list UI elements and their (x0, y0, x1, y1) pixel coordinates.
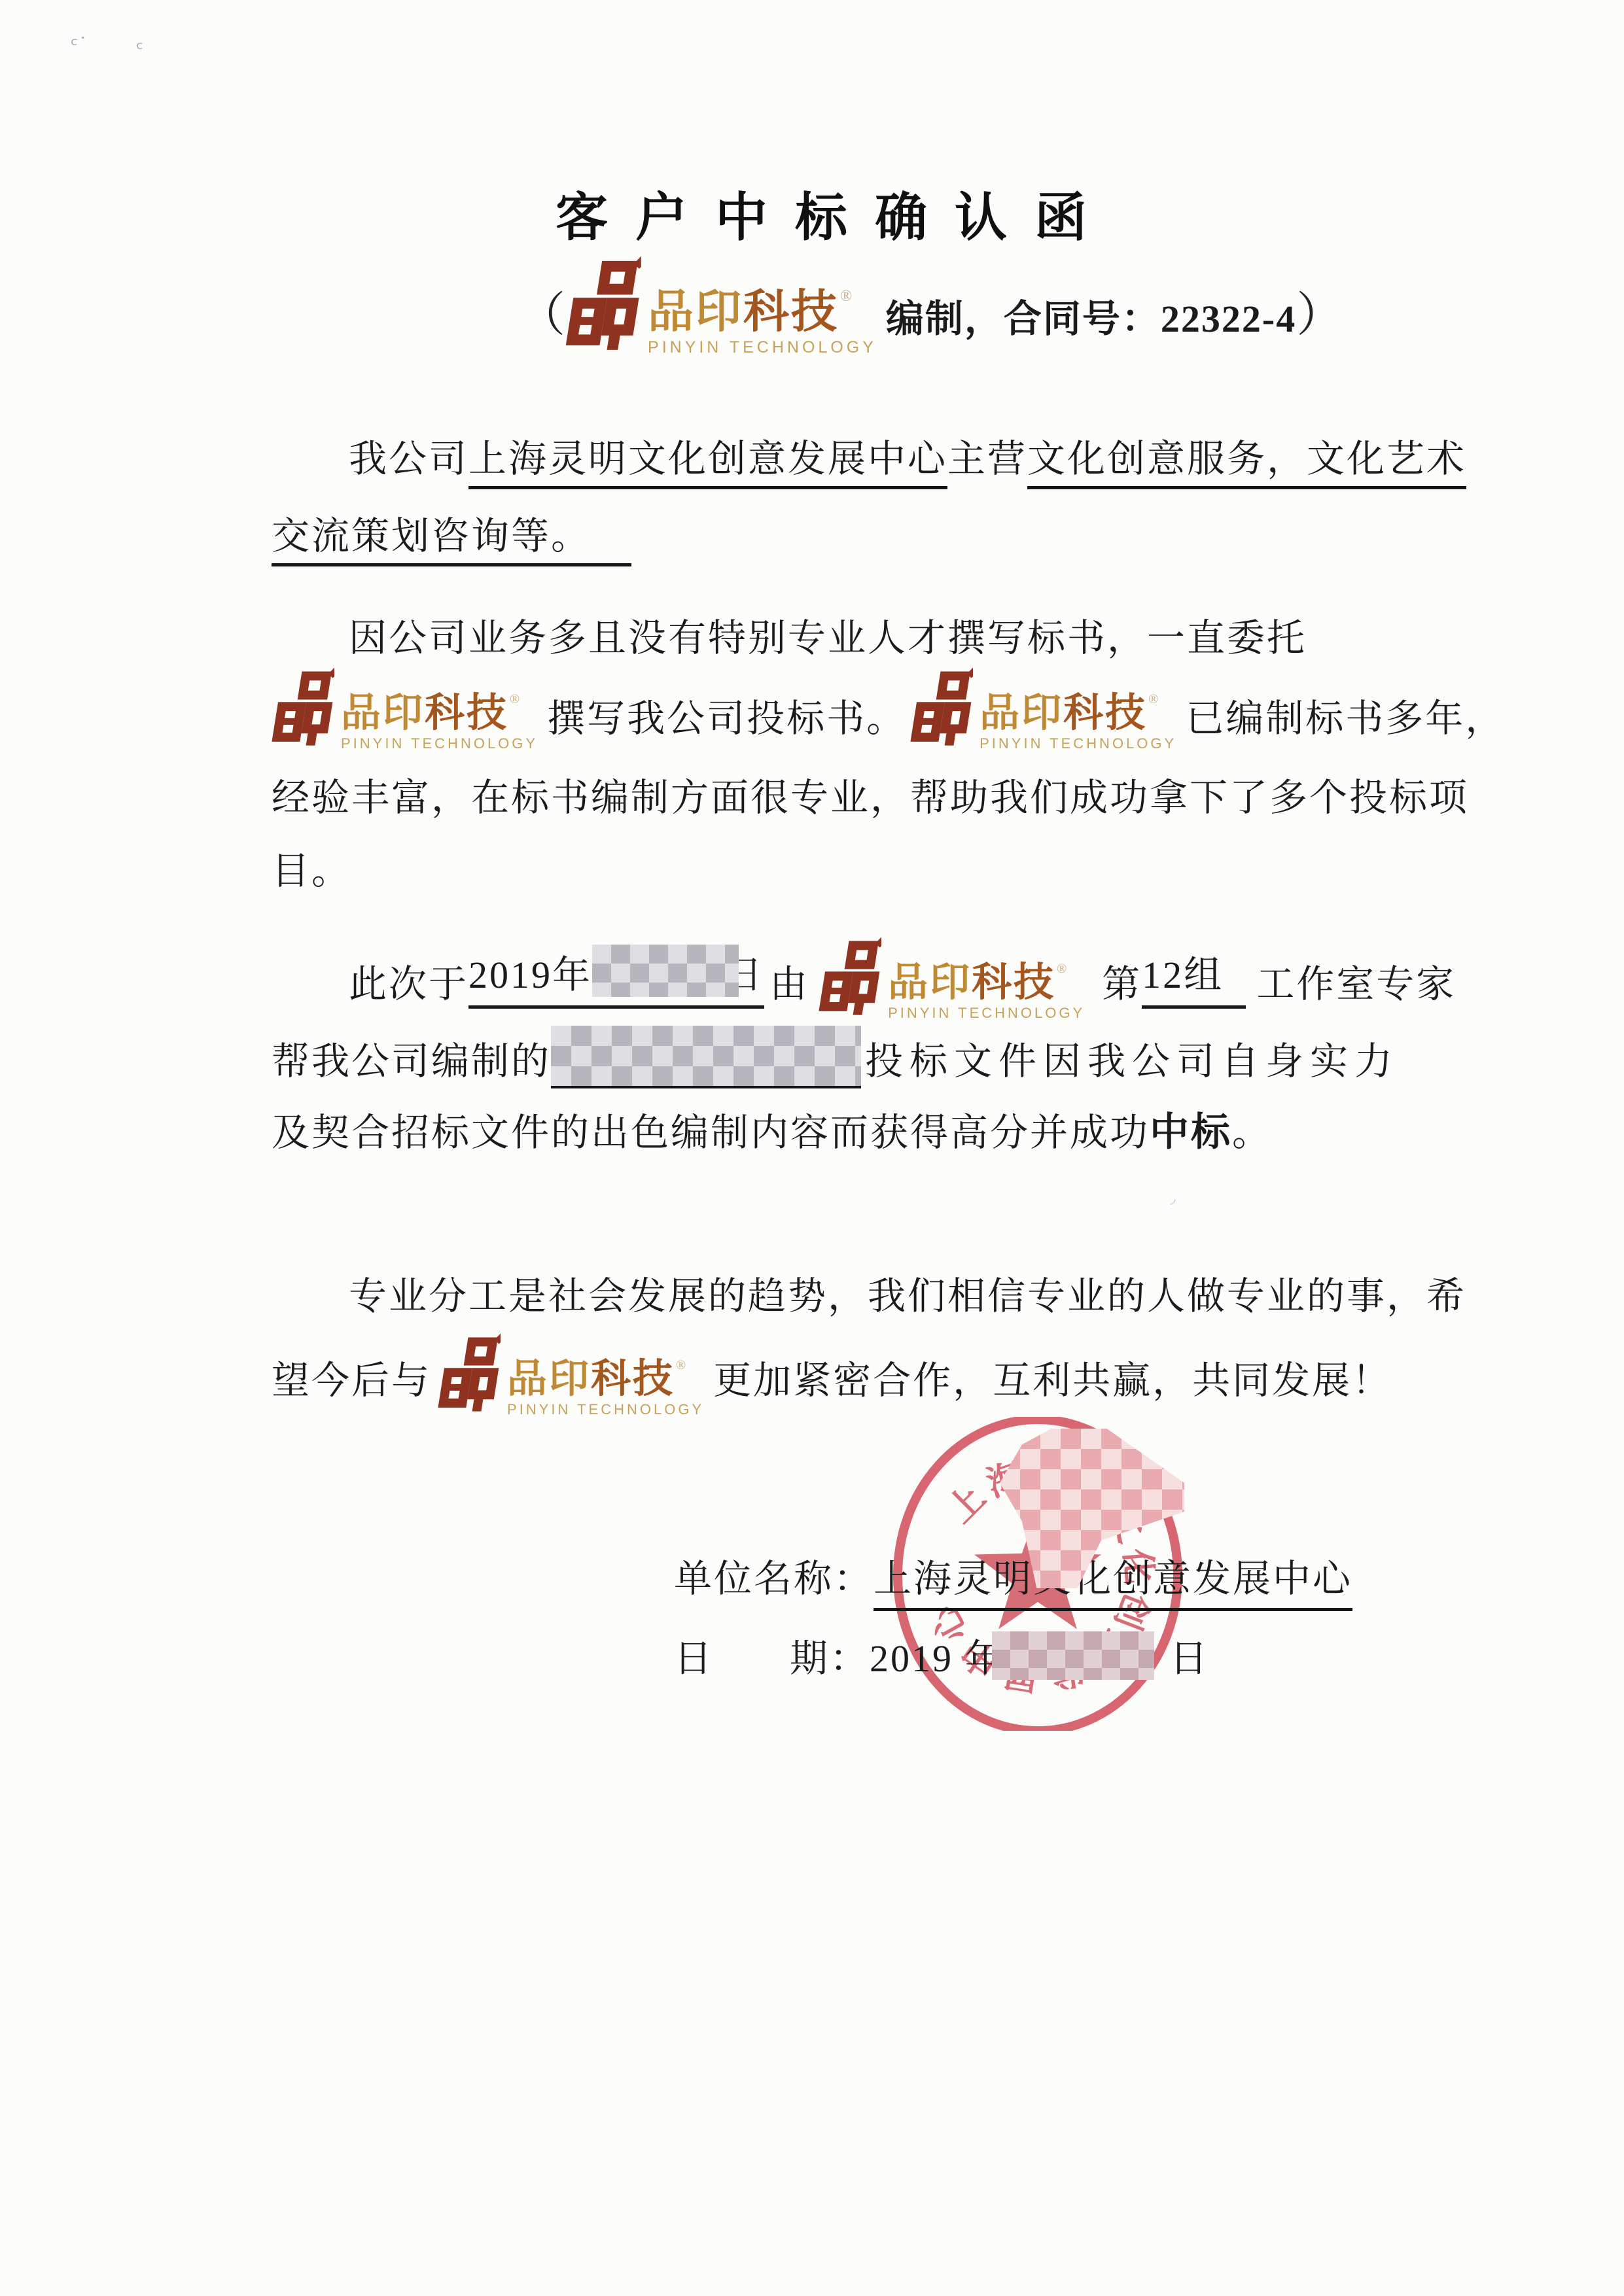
bold-win-text: 中标 (1150, 1110, 1232, 1154)
pinyin-logo-icon (565, 256, 641, 356)
org-name-label: 单位名称： (674, 1557, 874, 1600)
paren-open: （ (518, 292, 565, 339)
redaction-block (551, 1026, 861, 1086)
body-line: 品印科技®PINYIN TECHNOLOGY 撰写我公司投标书。 品印科技®PI… (272, 667, 1505, 743)
underlined-group-number: 12组 (1142, 950, 1246, 1009)
underlined-date: 2019年日 (468, 945, 764, 1009)
header-line: （ 品印科技 ® PINYIN TECHNOLOGY 编制，合同号：22322-… (518, 256, 1343, 356)
scan-artifact: ᶜ˙ (71, 34, 88, 57)
underlined-project-name (551, 1040, 861, 1088)
redaction-block-date (992, 1631, 1154, 1680)
contract-number-text: 编制，合同号：22322-4 (886, 288, 1296, 343)
body-line: 我公司上海灵明文化创意发展中心主营文化创意服务，文化艺术 (272, 434, 1466, 483)
pinyin-logo: 品印科技®PINYIN TECHNOLOGY (910, 667, 1176, 751)
body-line: 交流策划咨询等。 (272, 512, 631, 561)
body-line: 目。 (272, 846, 351, 896)
body-line: 望今后与 品印科技®PINYIN TECHNOLOGY 更加紧密合作，互利共赢，… (272, 1333, 1392, 1409)
registered-mark: ® (840, 288, 852, 304)
body-line: 专业分工是社会发展的趋势，我们相信专业的人做专业的事，希 (272, 1272, 1466, 1321)
pinyin-logo-icon (819, 937, 881, 1020)
scan-artifact: ◞ (1170, 1191, 1176, 1207)
pinyin-logo-icon (438, 1333, 501, 1417)
body-line: 因公司业务多且没有特别专业人才撰写标书，一直委托 (272, 614, 1307, 663)
body-line: 及契合招标文件的出色编制内容而获得高分并成功中标。 (272, 1107, 1272, 1158)
pinyin-logo: 品印科技®PINYIN TECHNOLOGY (438, 1333, 704, 1417)
scanned-letter-page: ᶜ˙ ᶜ ◞ 客户中标确认函 （ 品印科技 ® PINYIN TECHNOLOG… (0, 0, 1624, 2296)
pinyin-logo: 品印科技 ® PINYIN TECHNOLOGY (565, 256, 877, 356)
body-line: 帮我公司编制的投标文件因我公司自身实力 (272, 1026, 1399, 1086)
pinyin-logo-name: 品印科技 (648, 288, 839, 334)
svg-text:上: 上 (940, 1478, 993, 1531)
redaction-block (592, 945, 739, 997)
document-title: 客户中标确认函 (0, 175, 1624, 251)
body-line: 经验丰富，在标书编制方面很专业，帮助我们成功拿下了多个投标项 (272, 773, 1469, 822)
pinyin-logo: 品印科技®PINYIN TECHNOLOGY (272, 667, 538, 751)
pinyin-logo: 品印科技®PINYIN TECHNOLOGY (819, 937, 1085, 1020)
scan-artifact: ᶜ (136, 38, 143, 61)
org-name-value: 上海灵明文化创意发展中心 (874, 1557, 1352, 1611)
paren-close: ） (1296, 292, 1343, 339)
org-name-line: 单位名称：上海灵明文化创意发展中心 (674, 1554, 1352, 1603)
pinyin-logo-subtext: PINYIN TECHNOLOGY (648, 339, 877, 356)
underlined-company-name: 上海灵明文化创意发展中心 (468, 438, 947, 489)
pinyin-logo-icon (910, 667, 973, 751)
pinyin-logo-icon (272, 667, 334, 751)
underlined-business-scope: 文化创意服务，文化艺术 (1027, 438, 1466, 489)
body-line: 此次于 2019年日 由 品印科技®PINYIN TECHNOLOGY 第 12… (272, 937, 1456, 1013)
